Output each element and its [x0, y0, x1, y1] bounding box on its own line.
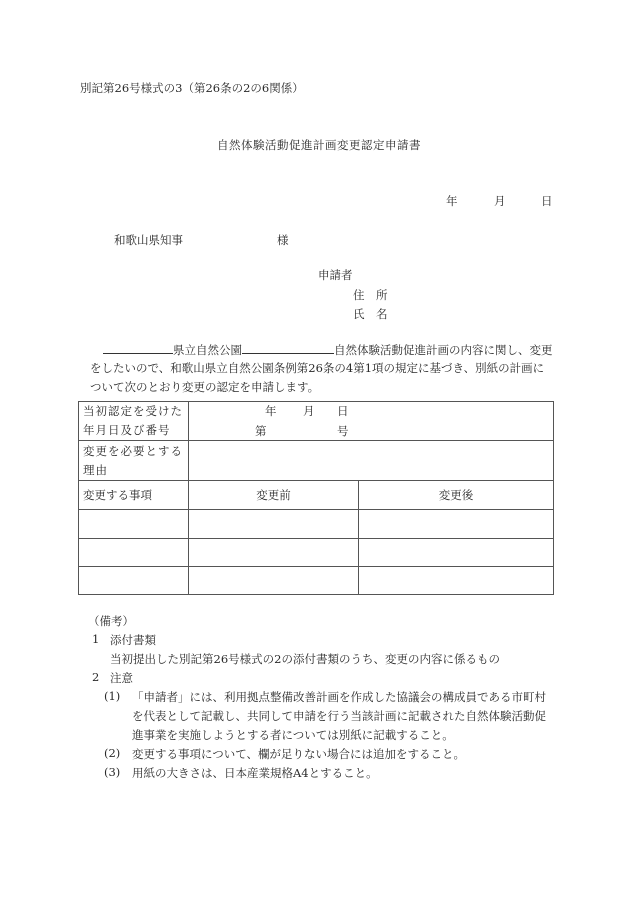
- date-year-label: 年: [446, 193, 458, 209]
- before-change-cell[interactable]: [189, 567, 359, 595]
- table-row: [79, 567, 554, 595]
- document-title: 自然体験活動促進計画変更認定申請書: [217, 137, 421, 153]
- remarks-heading: （備考）: [88, 613, 134, 629]
- addressee-honorific: 様: [277, 232, 289, 248]
- change-reason-value[interactable]: [189, 441, 554, 481]
- date-month-label: 月: [494, 193, 506, 209]
- original-approval-value[interactable]: 年 月 日 第 号: [189, 402, 554, 441]
- after-change-cell[interactable]: [359, 539, 554, 567]
- note-1-title: 添付書類: [110, 632, 156, 648]
- note-2-3-line1: 用紙の大きさは、日本産業規格A4とすること。: [132, 765, 378, 781]
- note-2-1-line2: を代表として記載し、共同して申請を行う当該計画に記載された自然体験活動促: [132, 708, 546, 724]
- note-2-1-line3: 進事業を実施しようとする者については別紙に記載すること。: [132, 727, 454, 743]
- before-change-cell[interactable]: [189, 539, 359, 567]
- note-1-text: 当初提出した別記第26号様式の2の添付書類のうち、変更の内容に係るもの: [110, 651, 500, 667]
- applicant-address-label: 住 所: [353, 287, 388, 303]
- original-approval-label: 当初認定を受けた 年月日及び番号: [79, 402, 189, 441]
- park-suffix: 県立自然公園: [173, 343, 242, 357]
- note-2-title: 注意: [110, 670, 133, 686]
- applicant-label: 申請者: [318, 267, 353, 283]
- date-day-label: 日: [541, 193, 553, 209]
- note-2-1-line1: 「申請者」には、利用拠点整備改善計画を作成した協議会の構成員である市町村: [132, 689, 546, 705]
- note-2-number: 2: [92, 670, 99, 684]
- change-item-cell[interactable]: [79, 510, 189, 539]
- change-application-table: 当初認定を受けた 年月日及び番号 年 月 日 第 号 変更を必要とする 理由 変…: [78, 401, 554, 595]
- table-row: [79, 510, 554, 539]
- original-approval-row: 当初認定を受けた 年月日及び番号 年 月 日 第 号: [79, 402, 554, 441]
- change-item-cell[interactable]: [79, 539, 189, 567]
- after-change-cell[interactable]: [359, 510, 554, 539]
- header-before-change: 変更前: [189, 481, 359, 510]
- note-2-3-number: (3): [104, 765, 120, 779]
- table-row: [79, 539, 554, 567]
- note-2-1-number: (1): [104, 689, 120, 703]
- statement-line2: をしたいので、和歌山県立自然公園条例第26条の4第1項の規定に基づき、別紙の計画…: [90, 360, 544, 376]
- note-2-2-line1: 変更する事項について、欄が足りない場合には追加をすること。: [132, 746, 465, 762]
- before-change-cell[interactable]: [189, 510, 359, 539]
- after-change-cell[interactable]: [359, 567, 554, 595]
- change-reason-row: 変更を必要とする 理由: [79, 441, 554, 481]
- change-reason-label: 変更を必要とする 理由: [79, 441, 189, 481]
- addressee-name: 和歌山県知事: [114, 232, 183, 248]
- note-1-number: 1: [92, 632, 99, 646]
- note-2-2-number: (2): [104, 746, 120, 760]
- header-change-item: 変更する事項: [79, 481, 189, 510]
- header-after-change: 変更後: [359, 481, 554, 510]
- prefecture-blank[interactable]: [103, 341, 173, 354]
- form-reference: 別記第26号様式の3（第26条の2の6関係）: [80, 80, 304, 96]
- park-name-blank[interactable]: [242, 341, 334, 354]
- change-item-cell[interactable]: [79, 567, 189, 595]
- table-header-row: 変更する事項 変更前 変更後: [79, 481, 554, 510]
- applicant-name-label: 氏 名: [353, 306, 388, 322]
- statement-line3: ついて次のとおり変更の認定を申請します。: [90, 379, 319, 395]
- statement-line1: 自然体験活動促進計画の内容に関し、変更: [334, 343, 553, 357]
